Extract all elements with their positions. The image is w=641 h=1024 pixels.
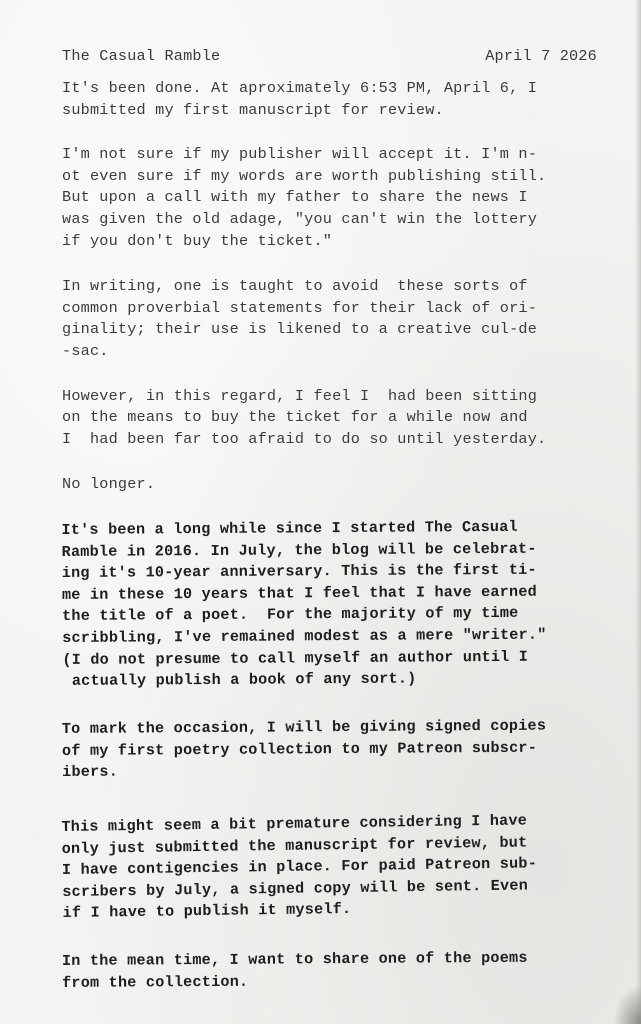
line: I have contigencies in place. For paid P… <box>62 855 537 880</box>
line: It's been a long while since I started T… <box>61 518 518 539</box>
line: if you don't buy the ticket." <box>62 232 332 250</box>
line: ing it's 10-year anniversary. This is th… <box>62 561 537 582</box>
line: No longer. <box>62 475 155 493</box>
line: But upon a call with my father to share … <box>62 188 528 206</box>
line: ginality; their use is likened to a crea… <box>62 320 537 338</box>
line: actually publish a book of any sort.) <box>62 670 416 690</box>
paragraph-contingencies: This might seem a bit premature consider… <box>61 809 632 925</box>
line: from the collection. <box>62 973 248 992</box>
paragraph-publisher: I'm not sure if my publisher will accept… <box>62 144 632 252</box>
line: me in these 10 years that I feel that I … <box>62 582 537 603</box>
line: I'm not sure if my publisher will accept… <box>62 145 537 163</box>
blog-title: The Casual Ramble <box>62 44 220 68</box>
line: scribers by July, a signed copy will be … <box>62 877 528 902</box>
page-date: April 7 2026 <box>485 44 597 68</box>
line: I had been far too afraid to do so until… <box>62 430 546 448</box>
paragraph-submission: It's been done. At aproximately 6:53 PM,… <box>62 78 632 121</box>
line: It's been done. At aproximately 6:53 PM,… <box>62 79 537 97</box>
line: In writing, one is taught to avoid these… <box>62 277 528 295</box>
line: This might seem a bit premature consider… <box>61 812 527 837</box>
typewritten-letter: The Casual Ramble April 7 2026 It's been… <box>62 44 632 995</box>
line: only just submitted the manuscript for r… <box>62 834 528 859</box>
paragraph-no-longer: No longer. <box>62 474 632 496</box>
paragraph-signed-copies: To mark the occasion, I will be giving s… <box>62 715 632 784</box>
line: was given the old adage, "you can't win … <box>62 210 537 228</box>
line: common proverbial statements for their l… <box>62 299 537 317</box>
line: However, in this regard, I feel I had be… <box>62 387 537 405</box>
paragraph-ticket: However, in this regard, I feel I had be… <box>62 386 632 451</box>
page-header: The Casual Ramble April 7 2026 <box>62 44 597 68</box>
paragraph-proverbs: In writing, one is taught to avoid these… <box>62 276 632 362</box>
line: of my first poetry collection to my Patr… <box>62 738 537 759</box>
line: ibers. <box>62 762 118 780</box>
paragraph-share-poem: In the mean time, I want to share one of… <box>62 947 632 994</box>
line: scribbling, I've remained modest as a me… <box>62 625 546 646</box>
line: ot even sure if my words are worth publi… <box>62 167 546 185</box>
line: submitted my first manuscript for review… <box>62 101 444 119</box>
line: on the means to buy the ticket for a whi… <box>62 408 528 426</box>
paper-edge <box>635 0 641 1024</box>
line: the title of a poet. For the majority of… <box>62 604 519 625</box>
line: In the mean time, I want to share one of… <box>62 949 528 970</box>
line: -sac. <box>62 342 109 360</box>
line: To mark the occasion, I will be giving s… <box>62 716 546 737</box>
typewritten-page: The Casual Ramble April 7 2026 It's been… <box>0 0 641 1024</box>
paragraph-anniversary: It's been a long while since I started T… <box>61 516 632 693</box>
line: Ramble in 2016. In July, the blog will b… <box>62 539 537 560</box>
line: if I have to publish it myself. <box>62 901 351 923</box>
line: (I do not presume to call myself an auth… <box>62 647 528 668</box>
